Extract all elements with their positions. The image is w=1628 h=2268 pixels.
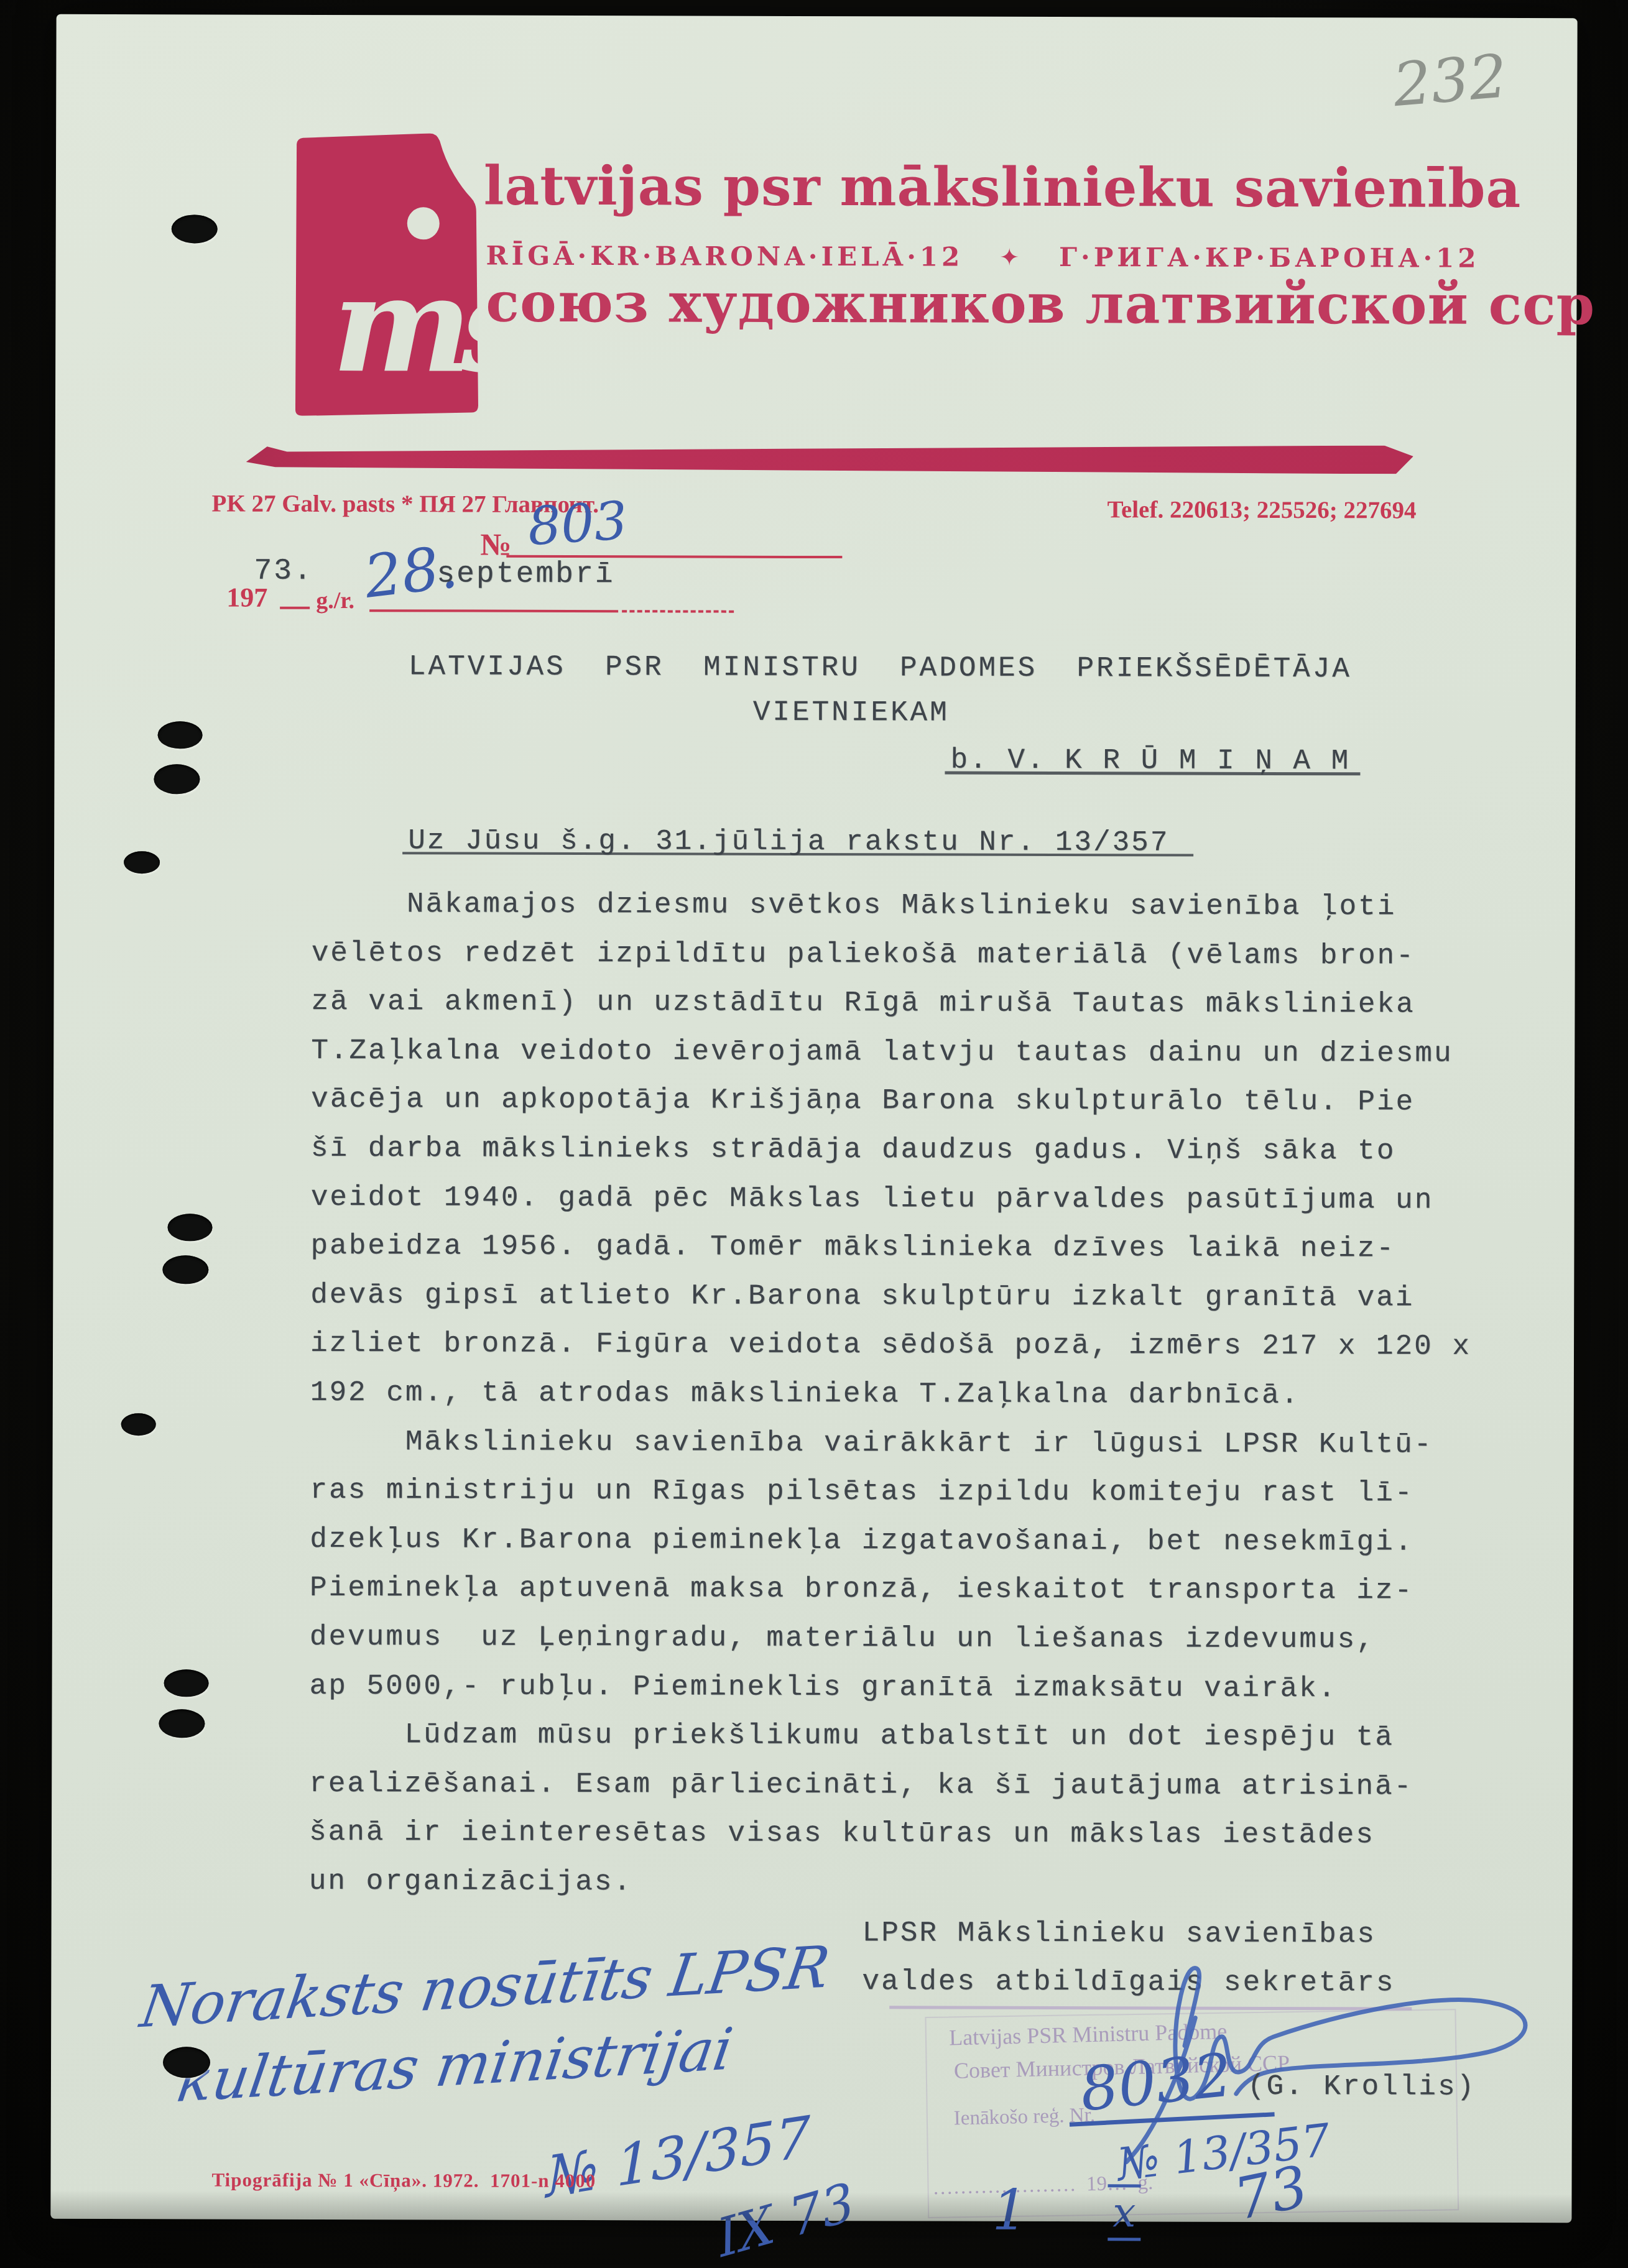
punch-hole: [167, 1214, 212, 1241]
logo-monogram-text: ms: [332, 247, 479, 402]
diamond-icon: ✦: [999, 243, 1023, 270]
body-line: izliet bronzā. Figūra veidota sēdošā poz…: [310, 1319, 1542, 1371]
body-line: T.Zaļkalna veidoto ievērojamā latvju tau…: [311, 1026, 1542, 1079]
body-line: ras ministriju un Rīgas pilsētas izpildu…: [310, 1466, 1541, 1518]
address-line: RĪGĀ·KR·BARONA·IELĀ·12 ✦ Г·РИГА·КР·БАРОН…: [486, 241, 1480, 274]
letterhead-rule: [246, 443, 1413, 474]
year-label: g./r.: [316, 587, 354, 614]
letter-page: 232 ms /* bind logo monogram after data …: [50, 14, 1577, 2223]
copy-note-date: IX 73: [713, 2170, 859, 2268]
address-russian: Г·РИГА·КР·БАРОНА·12: [1059, 242, 1479, 274]
punch-hole: [164, 1669, 209, 1697]
org-name-latvian: latvijas psr mākslinieku savienība: [484, 157, 1522, 219]
body-line: zā vai akmenī) un uzstādītu Rīgā mirušā …: [311, 977, 1542, 1030]
body-line: ap 5000,- rubļu. Piemineklis granītā izm…: [310, 1661, 1541, 1713]
date-blank-line-dashed: [622, 610, 734, 612]
logo-hole-dot: [407, 207, 439, 239]
body-line: vēlētos redzēt izpildītu paliekošā mater…: [312, 928, 1543, 980]
body-line: veidot 1940. gadā pēc Mākslas lietu pārv…: [311, 1173, 1542, 1225]
outgoing-number-handwritten: 803: [525, 490, 629, 558]
body-line: šī darba mākslinieks strādāja daudzus ga…: [311, 1124, 1542, 1176]
body-line: un organizācijas.: [309, 1857, 1540, 1909]
body-line: šanā ir ieinteresētas visas kultūras un …: [309, 1808, 1540, 1860]
addressee-line2: VIETNIEKAM: [753, 696, 950, 729]
telephone-line: Telef. 220613; 225526; 227694: [1108, 496, 1417, 524]
hand-date-day: 1: [992, 2178, 1028, 2243]
punch-hole: [124, 851, 160, 874]
punch-hole: [162, 1255, 208, 1284]
union-logo: ms: [280, 122, 468, 405]
body-line: pabeidza 1956. gadā. Tomēr mākslinieka d…: [310, 1222, 1542, 1274]
archive-page-number: 232: [1390, 41, 1510, 120]
punch-hole: [172, 214, 218, 243]
year-blank-line: [280, 607, 310, 609]
punch-hole: [158, 721, 203, 749]
punch-hole: [159, 1709, 205, 1738]
date-blank-line: [369, 609, 618, 612]
year-typed: 73.: [254, 555, 313, 588]
body-line: Nākamajos dziesmu svētkos Mākslinieku sa…: [312, 880, 1543, 932]
address-latvian: RĪGĀ·KR·BARONA·IELĀ·12: [486, 241, 964, 272]
month-typed: septembrī: [437, 557, 614, 591]
punch-hole: [163, 2047, 210, 2078]
body-line: vācēja un apkopotāja Krišjāņa Barona sku…: [311, 1075, 1542, 1127]
body-line: Lūdzam mūsu priekšlikumu atbalstīt un do…: [309, 1710, 1540, 1763]
hand-date-year: 73: [1229, 2153, 1314, 2233]
scan-backdrop: { "margin_note": "232", "letterhead": { …: [0, 0, 1628, 2268]
body-line: Mākslinieku savienība vairākkārt ir lūgu…: [310, 1417, 1542, 1469]
body-line: realizēšanai. Esam pārliecināti, ka šī j…: [309, 1759, 1540, 1812]
signed-name: (G. Krollis): [1247, 2070, 1476, 2103]
org-name-russian: союз художников латвийской сср: [486, 272, 1595, 335]
body-line: Pieminekļa aptuvenā maksa bronzā, ieskai…: [310, 1564, 1541, 1616]
body-line: 192 cm., tā atrodas mākslinieka T.Zaļkal…: [310, 1368, 1542, 1421]
letter-body: Nākamajos dziesmu svētkos Mākslinieku sa…: [309, 880, 1543, 1909]
body-line: devumus uz Ļeņingradu, materiālu un lieš…: [310, 1613, 1541, 1665]
body-line: devās gipsī atlieto Kr.Barona skulptūru …: [310, 1271, 1542, 1323]
print-shop-imprint: Tipogrāfija № 1 «Cīņa». 1972. 1701-n 400…: [211, 2169, 596, 2192]
hand-date-month: x: [1108, 2184, 1140, 2241]
punch-hole: [121, 1413, 156, 1436]
logo-tag-shape: ms: [291, 133, 479, 417]
punch-hole: [154, 764, 200, 794]
body-line: dzekļus Kr.Barona pieminekļa izgatavošan…: [310, 1515, 1541, 1567]
addressee-line1: LATVIJAS PSR MINISTRU PADOMES PRIEKŠSĒDĒ…: [409, 650, 1352, 685]
